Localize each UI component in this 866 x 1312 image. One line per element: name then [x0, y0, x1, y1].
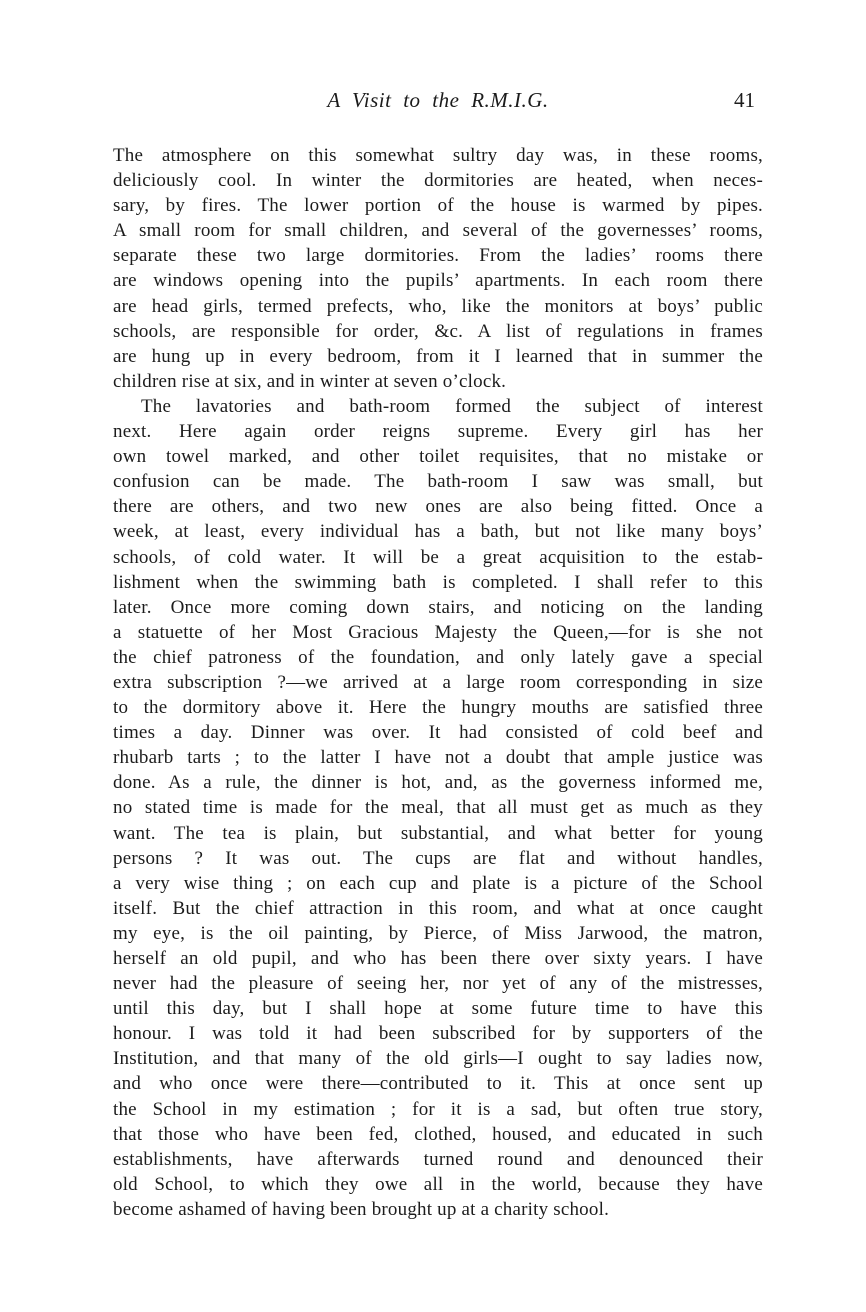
- text-line: are windows opening into the pupils’ apa…: [113, 268, 763, 293]
- text-line: herself an old pupil, and who has been t…: [113, 946, 763, 971]
- text-line: Institution, and that many of the old gi…: [113, 1046, 763, 1071]
- page-number: 41: [734, 88, 755, 113]
- page-header: A Visit to the R.M.I.G. 41: [113, 88, 763, 120]
- text-line: persons ? It was out. The cups are flat …: [113, 846, 763, 871]
- scanned-book-page: A Visit to the R.M.I.G. 41 The atmospher…: [0, 0, 866, 1312]
- paragraph: The atmosphere on this somewhat sultry d…: [113, 143, 763, 394]
- text-line: to the dormitory above it. Here the hung…: [113, 695, 763, 720]
- page-body: The atmosphere on this somewhat sultry d…: [113, 143, 763, 1222]
- text-line: done. As a rule, the dinner is hot, and,…: [113, 770, 763, 795]
- text-line: honour. I was told it had been subscribe…: [113, 1021, 763, 1046]
- paragraph: The lavatories and bath-room formed the …: [113, 394, 763, 1222]
- text-line: the School in my estimation ; for it is …: [113, 1097, 763, 1122]
- text-line: itself. But the chief attraction in this…: [113, 896, 763, 921]
- text-line: confusion can be made. The bath-room I s…: [113, 469, 763, 494]
- text-line: separate these two large dormitories. Fr…: [113, 243, 763, 268]
- text-line: establishments, have afterwards turned r…: [113, 1147, 763, 1172]
- text-line: The atmosphere on this somewhat sultry d…: [113, 143, 763, 168]
- text-line: A small room for small children, and sev…: [113, 218, 763, 243]
- text-line: lishment when the swimming bath is compl…: [113, 570, 763, 595]
- text-line: a statuette of her Most Gracious Majesty…: [113, 620, 763, 645]
- text-line: a very wise thing ; on each cup and plat…: [113, 871, 763, 896]
- text-line: children rise at six, and in winter at s…: [113, 369, 763, 394]
- text-line: old School, to which they owe all in the…: [113, 1172, 763, 1197]
- text-line: schools, are responsible for order, &c. …: [113, 319, 763, 344]
- text-line: there are others, and two new ones are a…: [113, 494, 763, 519]
- text-line: next. Here again order reigns supreme. E…: [113, 419, 763, 444]
- text-line: that those who have been fed, clothed, h…: [113, 1122, 763, 1147]
- text-line: sary, by fires. The lower portion of the…: [113, 193, 763, 218]
- text-line: become ashamed of having been brought up…: [113, 1197, 763, 1222]
- text-line: no stated time is made for the meal, tha…: [113, 795, 763, 820]
- text-line: rhubarb tarts ; to the latter I have not…: [113, 745, 763, 770]
- text-line: week, at least, every individual has a b…: [113, 519, 763, 544]
- text-line: and who once were there—contributed to i…: [113, 1071, 763, 1096]
- text-line: until this day, but I shall hope at some…: [113, 996, 763, 1021]
- text-line: later. Once more coming down stairs, and…: [113, 595, 763, 620]
- text-line: schools, of cold water. It will be a gre…: [113, 545, 763, 570]
- text-line: times a day. Dinner was over. It had con…: [113, 720, 763, 745]
- text-line: own towel marked, and other toilet requi…: [113, 444, 763, 469]
- text-line: The lavatories and bath-room formed the …: [113, 394, 763, 419]
- text-line: deliciously cool. In winter the dormitor…: [113, 168, 763, 193]
- text-line: the chief patroness of the foundation, a…: [113, 645, 763, 670]
- text-line: are head girls, termed prefects, who, li…: [113, 294, 763, 319]
- text-line: never had the pleasure of seeing her, no…: [113, 971, 763, 996]
- text-line: want. The tea is plain, but substantial,…: [113, 821, 763, 846]
- text-line: my eye, is the oil painting, by Pierce, …: [113, 921, 763, 946]
- text-line: are hung up in every bedroom, from it I …: [113, 344, 763, 369]
- running-title: A Visit to the R.M.I.G.: [113, 88, 763, 113]
- text-line: extra subscription ?—we arrived at a lar…: [113, 670, 763, 695]
